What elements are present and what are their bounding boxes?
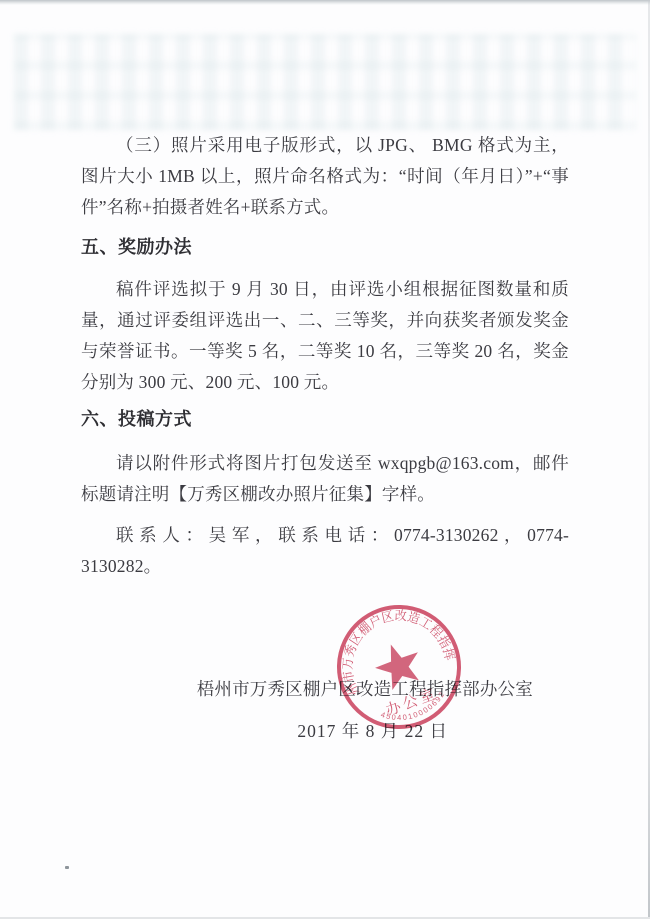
- seal-ring-text: 梧州市万秀区棚户区改造工程指挥部: [314, 582, 459, 709]
- document-page: （三）照片采用电子版形式，以 JPG、 BMG 格式为主，图片大小 1MB 以上…: [0, 0, 650, 919]
- photo-format-paragraph: （三）照片采用电子版形式，以 JPG、 BMG 格式为主，图片大小 1MB 以上…: [81, 0, 569, 223]
- scan-speck: [65, 866, 69, 869]
- seal-star-icon: [369, 637, 427, 693]
- awards-paragraph: 稿件评选拟于 9 月 30 日，由评选小组根据征图数量和质量，通过评委组评选出一…: [81, 274, 569, 398]
- section-heading-awards: 五、奖励办法: [81, 232, 569, 263]
- contact-line: 联系人：吴军，联系电话：0774-3130262，0774-3130282。: [81, 520, 569, 582]
- section-heading-submission: 六、投稿方式: [81, 404, 569, 435]
- scan-edge-top: [0, 0, 650, 5]
- seal-ring-text-holder: 梧州市万秀区棚户区改造工程指挥部: [314, 582, 459, 709]
- submission-paragraph: 请以附件形式将图片打包发送至 wxqpgb@163.com，邮件标题请注明【万秀…: [81, 448, 569, 510]
- official-seal: 梧州市万秀区棚户区改造工程指挥部 办公室 4504010000692: [314, 582, 484, 752]
